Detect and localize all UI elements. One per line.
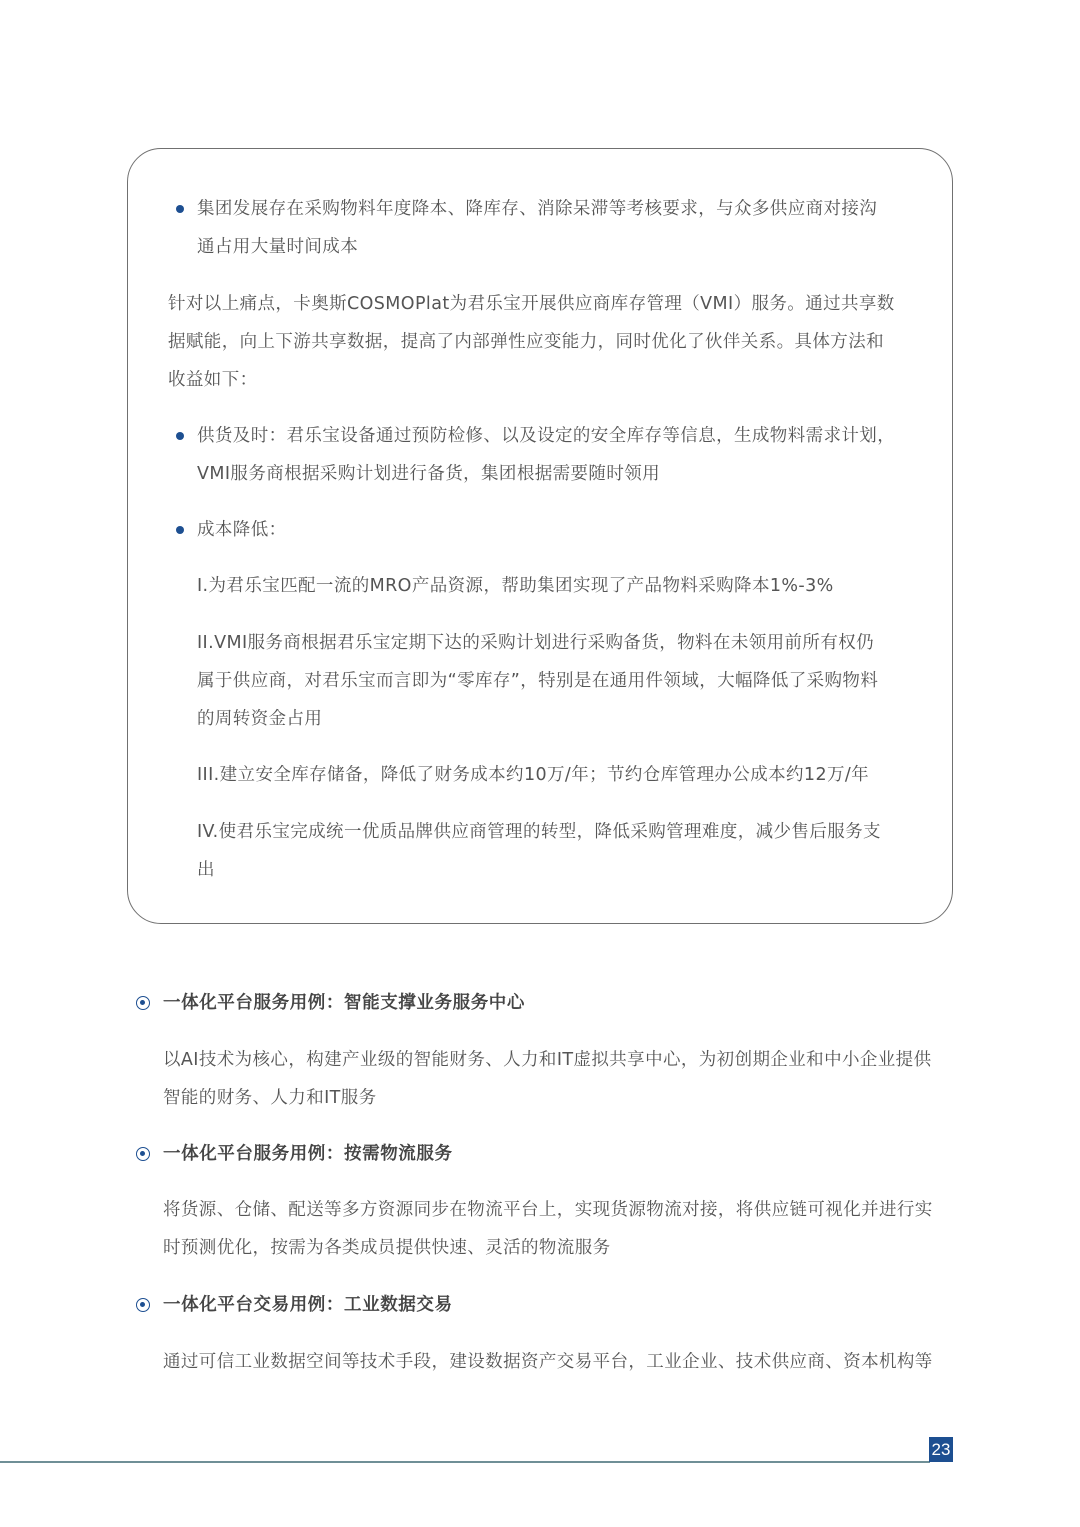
section-text: 通过可信工业数据空间等技术手段，建设数据资产交易平台，工业企业、技术供应商、资本… [163,1351,933,1373]
bullet-dot-icon [176,526,184,534]
bullet-text: VMI服务商根据采购计划进行备货，集团根据需要随时领用 [197,463,660,485]
section-heading: 一体化平台服务用例：智能支撑业务服务中心 [163,992,525,1014]
numbered-item-text: 属于供应商，对君乐宝而言即为“零库存”，特别是在通用件领域，大幅降低了采购物料 [197,670,878,692]
bullet-text: 供货及时：君乐宝设备通过预防检修、以及设定的安全库存等信息，生成物料需求计划， [197,425,895,447]
numbered-item-text: II.VMI服务商根据君乐宝定期下达的采购计划进行采购备货，物料在未领用前所有权… [197,632,874,654]
section-text: 以AI技术为核心，构建产业级的智能财务、人力和IT虚拟共享中心，为初创期企业和中… [163,1049,931,1071]
paragraph-text: 收益如下： [168,369,258,391]
section-heading: 一体化平台交易用例：工业数据交易 [163,1294,453,1316]
bullet-text: 集团发展存在采购物料年度降本、降库存、消除呆滞等考核要求，与众多供应商对接沟 [197,198,877,220]
numbered-item-text: 的周转资金占用 [197,708,322,730]
section-text: 将货源、仓储、配送等多方资源同步在物流平台上，实现货源物流对接，将供应链可视化并… [163,1199,933,1221]
bullet-text: 成本降低： [197,519,287,541]
bullet-text: 通占用大量时间成本 [197,236,358,258]
section-text: 时预测优化，按需为各类成员提供快速、灵活的物流服务 [163,1237,611,1259]
numbered-item-text: I.为君乐宝匹配一流的MRO产品资源，帮助集团实现了产品物料采购降本1%-3% [197,575,834,597]
radio-bullet-icon [136,1298,150,1312]
paragraph-text: 据赋能，向上下游共享数据，提高了内部弹性应变能力，同时优化了伙伴关系。具体方法和 [168,331,884,353]
radio-bullet-icon [136,996,150,1010]
bullet-dot-icon [176,432,184,440]
bullet-dot-icon [176,205,184,213]
section-text: 智能的财务、人力和IT服务 [163,1087,377,1109]
numbered-item-text: 出 [197,859,215,881]
page-number: 23 [929,1437,953,1462]
footer-rule [0,1461,930,1463]
numbered-item-text: IV.使君乐宝完成统一优质品牌供应商管理的转型，降低采购管理难度，减少售后服务支 [197,821,881,843]
numbered-item-text: III.建立安全库存储备，降低了财务成本约10万/年；节约仓库管理办公成本约12… [197,764,869,786]
radio-bullet-icon [136,1147,150,1161]
section-heading: 一体化平台服务用例：按需物流服务 [163,1143,453,1165]
paragraph-text: 针对以上痛点，卡奥斯COSMOPlat为君乐宝开展供应商库存管理（VMI）服务。… [168,293,895,315]
